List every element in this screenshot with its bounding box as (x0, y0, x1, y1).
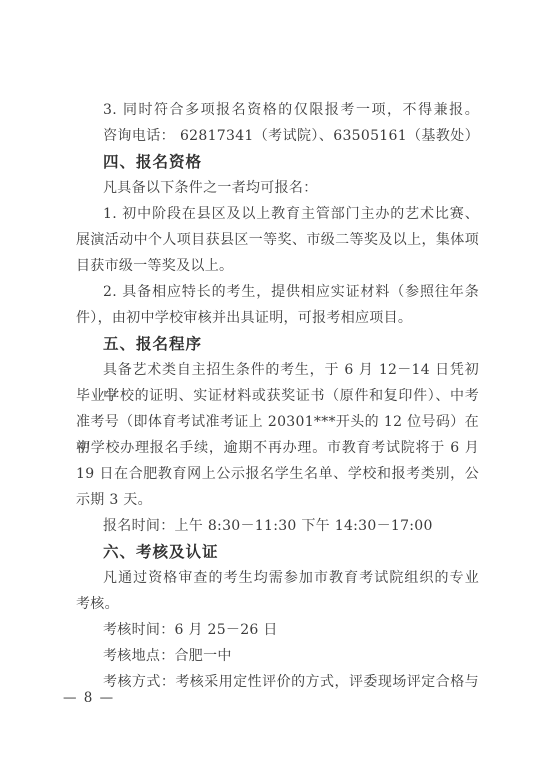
text-line: 报名时间：上午 8:30－11:30 下午 14:30－17:00 (76, 513, 479, 539)
text-line: 考核方式：考核采用定性评价的方式，评委现场评定合格与 (76, 669, 479, 695)
text-line: 具备艺术类自主招生条件的考生，于 6 月 12－14 日凭初中 (76, 357, 479, 383)
text-line: 毕业学校的证明、实证材料或获奖证书（原件和复印件）、中考 (76, 383, 479, 409)
document-page: 3. 同时符合多项报名资格的仅限报考一项，不得兼报。咨询电话： 62817341… (0, 0, 554, 783)
text-line: 3. 同时符合多项报名资格的仅限报考一项，不得兼报。 (76, 97, 479, 123)
section-heading: 四、报名资格 (76, 149, 479, 175)
text-line: 咨询电话： 62817341（考试院）、63505161（基教处） (76, 123, 479, 149)
text-line: 准考号（即体育考试准考证上 20301***开头的 12 位号码）在初 (76, 409, 479, 435)
text-line: 1. 初中阶段在县区及以上教育主管部门主办的艺术比赛、 (76, 201, 479, 227)
section-heading: 六、考核及认证 (76, 539, 479, 565)
text-line: 展演活动中个人项目获县区一等奖、市级二等奖及以上，集体项 (76, 227, 479, 253)
text-line: 目获市级一等奖及以上。 (76, 253, 479, 279)
text-line: 考核时间：6 月 25－26 日 (76, 617, 479, 643)
text-line: 凡通过资格审查的考生均需参加市教育考试院组织的专业 (76, 565, 479, 591)
text-line: 考核。 (76, 591, 479, 617)
text-line: 示期 3 天。 (76, 487, 479, 513)
text-line: 中学校办理报名手续，逾期不再办理。市教育考试院将于 6 月 (76, 435, 479, 461)
text-line: 2. 具备相应特长的考生，提供相应实证材料（参照往年条 (76, 279, 479, 305)
text-line: 凡具备以下条件之一者均可报名： (76, 175, 479, 201)
section-heading: 五、报名程序 (76, 331, 479, 357)
page-number: — 8 — (63, 690, 115, 706)
document-text-block: 3. 同时符合多项报名资格的仅限报考一项，不得兼报。咨询电话： 62817341… (76, 97, 479, 695)
text-line: 件），由初中学校审核并出具证明，可报考相应项目。 (76, 305, 479, 331)
text-line: 19 日在合肥教育网上公示报名学生名单、学校和报考类别，公 (76, 461, 479, 487)
text-line: 考核地点：合肥一中 (76, 643, 479, 669)
